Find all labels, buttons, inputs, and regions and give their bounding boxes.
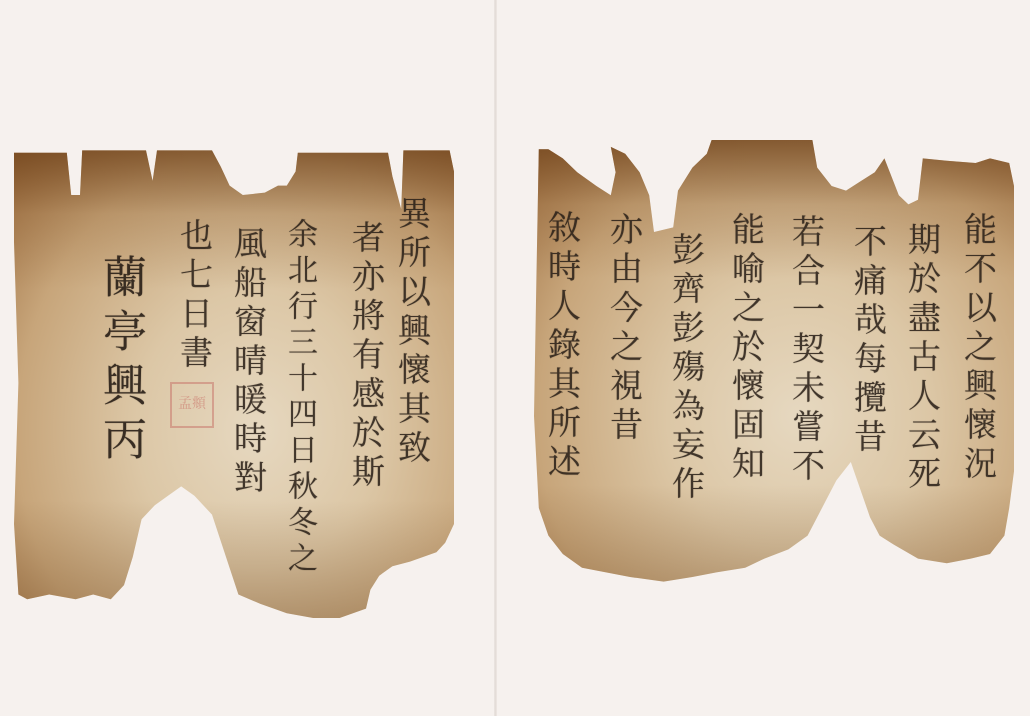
right-col-3: 不痛哉每攬昔 [852,224,885,458]
red-seal: 孟頫 [170,382,214,428]
right-col-1: 能不以之興懷況 [962,212,995,485]
right-col-7: 亦由今之視昔 [608,212,641,446]
left-col-5: 也七日書 [178,218,211,374]
title-column: 蘭亭興丙 [98,254,142,470]
left-col-1: 異所以興懷其致 [396,196,429,469]
manuscript-spread: 異所以興懷其致 者亦將有感於斯 余北行三十四日秋冬之 風船窗晴暖時對 也七日書 … [0,0,1030,716]
right-col-2: 期於盡古人云死 [906,222,939,495]
right-col-4: 若合一契未嘗不 [790,214,823,487]
left-col-3: 余北行三十四日秋冬之 [284,218,314,578]
right-col-8: 敘時人錄其所述 [546,210,579,483]
left-col-2: 者亦將有感於斯 [350,220,383,493]
left-col-4: 風船窗晴暖時對 [232,226,265,499]
right-col-5: 能喻之於懷固知 [730,212,763,485]
right-col-6: 彭齊彭殤為妄作 [670,232,703,505]
center-fold [494,0,497,716]
